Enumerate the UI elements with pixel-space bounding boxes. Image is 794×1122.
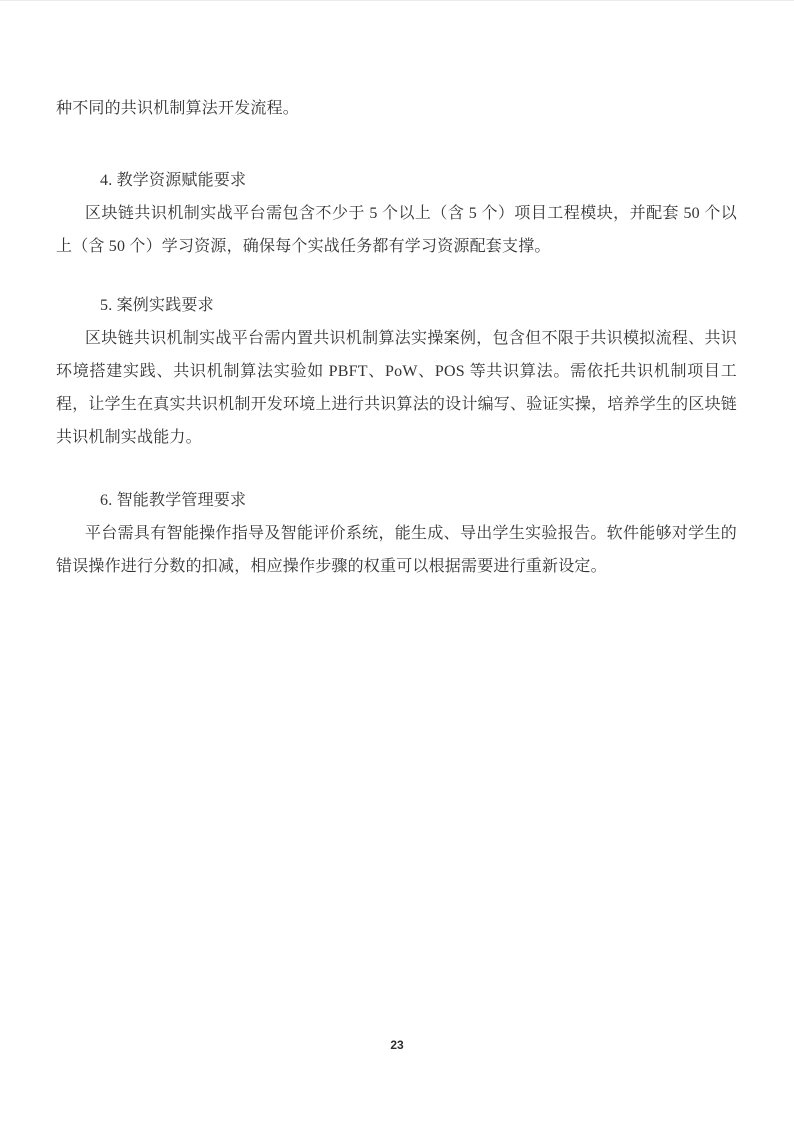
section-5-heading: 5. 案例实践要求 xyxy=(56,289,737,322)
section-4-paragraph: 区块链共识机制实战平台需包含不少于 5 个以上（含 5 个）项目工程模块，并配套… xyxy=(56,197,737,263)
section-6-heading: 6. 智能教学管理要求 xyxy=(56,484,737,517)
section-5-paragraph: 区块链共识机制实战平台需内置共识机制算法实操案例，包含但不限于共识模拟流程、共识… xyxy=(56,322,737,454)
section-4: 4. 教学资源赋能要求 区块链共识机制实战平台需包含不少于 5 个以上（含 5 … xyxy=(56,164,737,263)
paragraph-continuation: 种不同的共识机制算法开发流程。 xyxy=(56,92,737,125)
section-6: 6. 智能教学管理要求 平台需具有智能操作指导及智能评价系统，能生成、导出学生实… xyxy=(56,484,737,583)
page-number: 23 xyxy=(0,1037,794,1053)
section-5: 5. 案例实践要求 区块链共识机制实战平台需内置共识机制算法实操案例，包含但不限… xyxy=(56,289,737,454)
section-6-paragraph: 平台需具有智能操作指导及智能评价系统，能生成、导出学生实验报告。软件能够对学生的… xyxy=(56,517,737,583)
document-page: 种不同的共识机制算法开发流程。 4. 教学资源赋能要求 区块链共识机制实战平台需… xyxy=(0,0,794,1122)
section-4-heading: 4. 教学资源赋能要求 xyxy=(56,164,737,197)
page-body-text: 种不同的共识机制算法开发流程。 4. 教学资源赋能要求 区块链共识机制实战平台需… xyxy=(56,92,737,583)
